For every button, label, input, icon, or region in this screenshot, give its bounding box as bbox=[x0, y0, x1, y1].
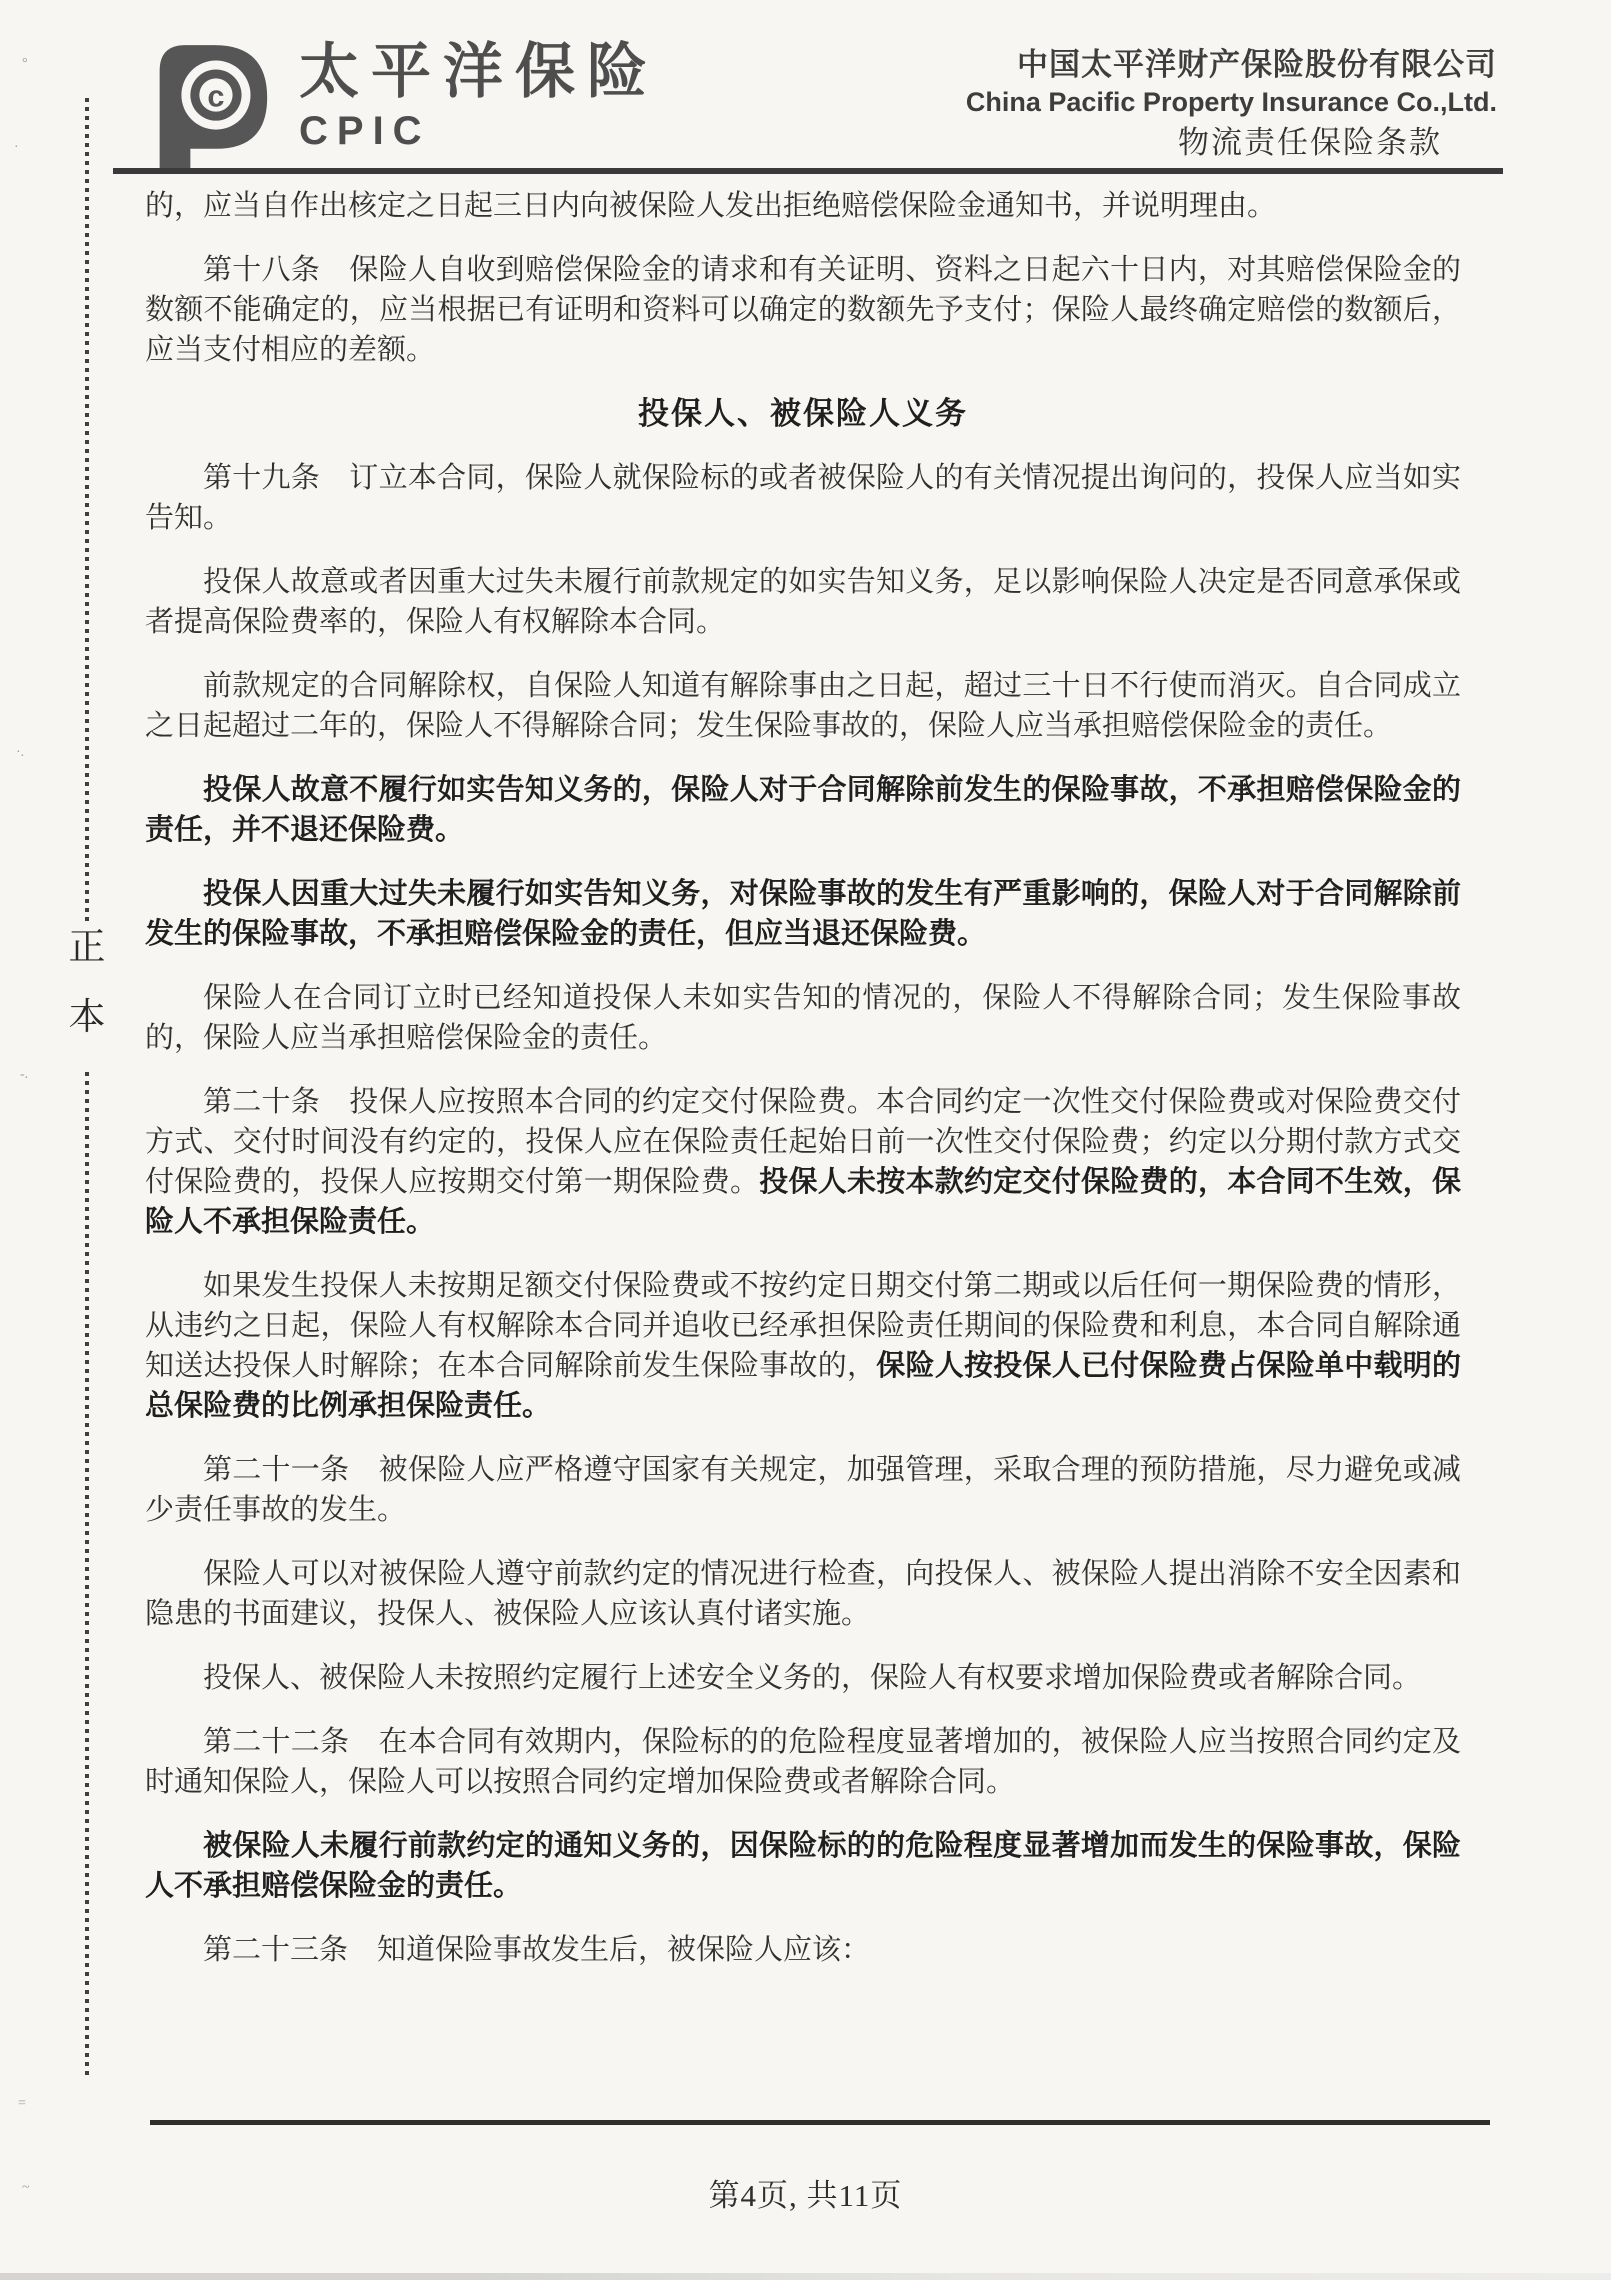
footer-divider bbox=[150, 2120, 1490, 2125]
paragraph: 第二十一条 被保险人应严格遵守国家有关规定，加强管理，采取合理的预防措施，尽力避… bbox=[145, 1450, 1461, 1530]
scan-speck: -. bbox=[20, 1067, 28, 1083]
paragraph-segment: 投保人、被保险人未按照约定履行上述安全义务的，保险人有权要求增加保险费或者解除合… bbox=[203, 1662, 1421, 1694]
copy-label-char: 正 bbox=[69, 928, 106, 968]
cpic-logo: c 太平洋保险 CPIC bbox=[143, 40, 659, 168]
paragraph: 被保险人未履行前款约定的通知义务的，因保险标的的危险程度显著增加而发生的保险事故… bbox=[145, 1826, 1461, 1906]
paragraph-segment: 第二十三条 知道保险事故发生后，被保险人应该： bbox=[203, 1934, 870, 1966]
paragraph: 前款规定的合同解除权，自保险人知道有解除事由之日起，超过三十日不行使而消灭。自合… bbox=[145, 666, 1461, 746]
binding-dotted-line-top bbox=[85, 98, 89, 922]
paragraph: 投保人故意或者因重大过失未履行前款规定的如实告知义务，足以影响保险人决定是否同意… bbox=[145, 562, 1461, 642]
document-title: 物流责任保险条款 bbox=[966, 124, 1497, 162]
copy-type-label: 正 本 bbox=[66, 928, 108, 1038]
page-number: 第4页, 共11页 bbox=[0, 2170, 1611, 2215]
cpic-logo-icon: c bbox=[143, 40, 271, 168]
paragraph: 保险人在合同订立时已经知道投保人未如实告知的情况的，保险人不得解除合同；发生保险… bbox=[145, 978, 1461, 1058]
brand-name-cn: 太平洋保险 bbox=[299, 40, 659, 104]
scan-bottom-edge bbox=[0, 2273, 1611, 2280]
logo-text: 太平洋保险 CPIC bbox=[299, 40, 659, 152]
section-heading: 投保人、被保险人义务 bbox=[145, 394, 1461, 434]
paragraph: 第二十二条 在本合同有效期内，保险标的的危险程度显著增加的，被保险人应当按照合同… bbox=[145, 1722, 1461, 1802]
paragraph: 保险人可以对被保险人遵守前款约定的情况进行检查，向投保人、被保险人提出消除不安全… bbox=[145, 1554, 1461, 1634]
paragraph-segment: 第十八条 保险人自收到赔偿保险金的请求和有关证明、资料之日起六十日内，对其赔偿保… bbox=[145, 254, 1461, 366]
paragraph: 投保人、被保险人未按照约定履行上述安全义务的，保险人有权要求增加保险费或者解除合… bbox=[145, 1658, 1461, 1698]
paragraph: 第二十条 投保人应按照本合同的约定交付保险费。本合同约定一次性交付保险费或对保险… bbox=[145, 1082, 1461, 1242]
paragraph: 投保人因重大过失未履行如实告知义务，对保险事故的发生有严重影响的，保险人对于合同… bbox=[145, 874, 1461, 954]
paragraph-segment: 第二十二条 在本合同有效期内，保险标的的危险程度显著增加的，被保险人应当按照合同… bbox=[145, 1726, 1461, 1798]
copy-label-char: 本 bbox=[69, 998, 106, 1038]
paragraph-segment: 第十九条 订立本合同，保险人就保险标的或者被保险人的有关情况提出询问的，投保人应… bbox=[145, 462, 1461, 534]
scan-speck: ° bbox=[22, 56, 28, 72]
paragraph: 如果发生投保人未按期足额交付保险费或不按约定日期交付第二期或以后任何一期保险费的… bbox=[145, 1266, 1461, 1426]
document-body: 的，应当自作出核定之日起三日内向被保险人发出拒绝赔偿保险金通知书，并说明理由。第… bbox=[145, 186, 1461, 1994]
scan-speck: ·. bbox=[16, 745, 24, 761]
paragraph-segment: 的，应当自作出核定之日起三日内向被保险人发出拒绝赔偿保险金通知书，并说明理由。 bbox=[145, 190, 1276, 222]
paragraph-bold-segment: 被保险人未履行前款约定的通知义务的，因保险标的的危险程度显著增加而发生的保险事故… bbox=[145, 1830, 1461, 1902]
scanned-document-page: c 太平洋保险 CPIC 中国太平洋财产保险股份有限公司 China Pacif… bbox=[0, 0, 1611, 2280]
scan-speck: = bbox=[18, 2096, 26, 2112]
scan-speck: · bbox=[14, 140, 19, 156]
paragraph-bold-segment: 投保人因重大过失未履行如实告知义务，对保险事故的发生有严重影响的，保险人对于合同… bbox=[145, 878, 1461, 950]
company-block: 中国太平洋财产保险股份有限公司 China Pacific Property I… bbox=[966, 46, 1497, 162]
paragraph: 第十九条 订立本合同，保险人就保险标的或者被保险人的有关情况提出询问的，投保人应… bbox=[145, 458, 1461, 538]
binding-dotted-line-bottom bbox=[85, 1072, 89, 2076]
company-name-en: China Pacific Property Insurance Co.,Ltd… bbox=[966, 86, 1497, 118]
paragraph-segment: 前款规定的合同解除权，自保险人知道有解除事由之日起，超过三十日不行使而消灭。自合… bbox=[145, 670, 1461, 742]
company-name-cn: 中国太平洋财产保险股份有限公司 bbox=[966, 46, 1497, 84]
paragraph: 的，应当自作出核定之日起三日内向被保险人发出拒绝赔偿保险金通知书，并说明理由。 bbox=[145, 186, 1461, 226]
paragraph-segment: 投保人故意或者因重大过失未履行前款规定的如实告知义务，足以影响保险人决定是否同意… bbox=[145, 566, 1461, 638]
paragraph: 第二十三条 知道保险事故发生后，被保险人应该： bbox=[145, 1930, 1461, 1970]
header-divider bbox=[113, 168, 1503, 174]
svg-text:c: c bbox=[207, 79, 224, 114]
paragraph-segment: 第二十一条 被保险人应严格遵守国家有关规定，加强管理，采取合理的预防措施，尽力避… bbox=[145, 1454, 1461, 1526]
paragraph: 第十八条 保险人自收到赔偿保险金的请求和有关证明、资料之日起六十日内，对其赔偿保… bbox=[145, 250, 1461, 370]
brand-name-en: CPIC bbox=[299, 110, 659, 152]
paragraph-bold-segment: 投保人故意不履行如实告知义务的，保险人对于合同解除前发生的保险事故，不承担赔偿保… bbox=[145, 774, 1461, 846]
paragraph-segment: 保险人可以对被保险人遵守前款约定的情况进行检查，向投保人、被保险人提出消除不安全… bbox=[145, 1558, 1461, 1630]
paragraph: 投保人故意不履行如实告知义务的，保险人对于合同解除前发生的保险事故，不承担赔偿保… bbox=[145, 770, 1461, 850]
paragraph-segment: 保险人在合同订立时已经知道投保人未如实告知的情况的，保险人不得解除合同；发生保险… bbox=[145, 982, 1461, 1054]
